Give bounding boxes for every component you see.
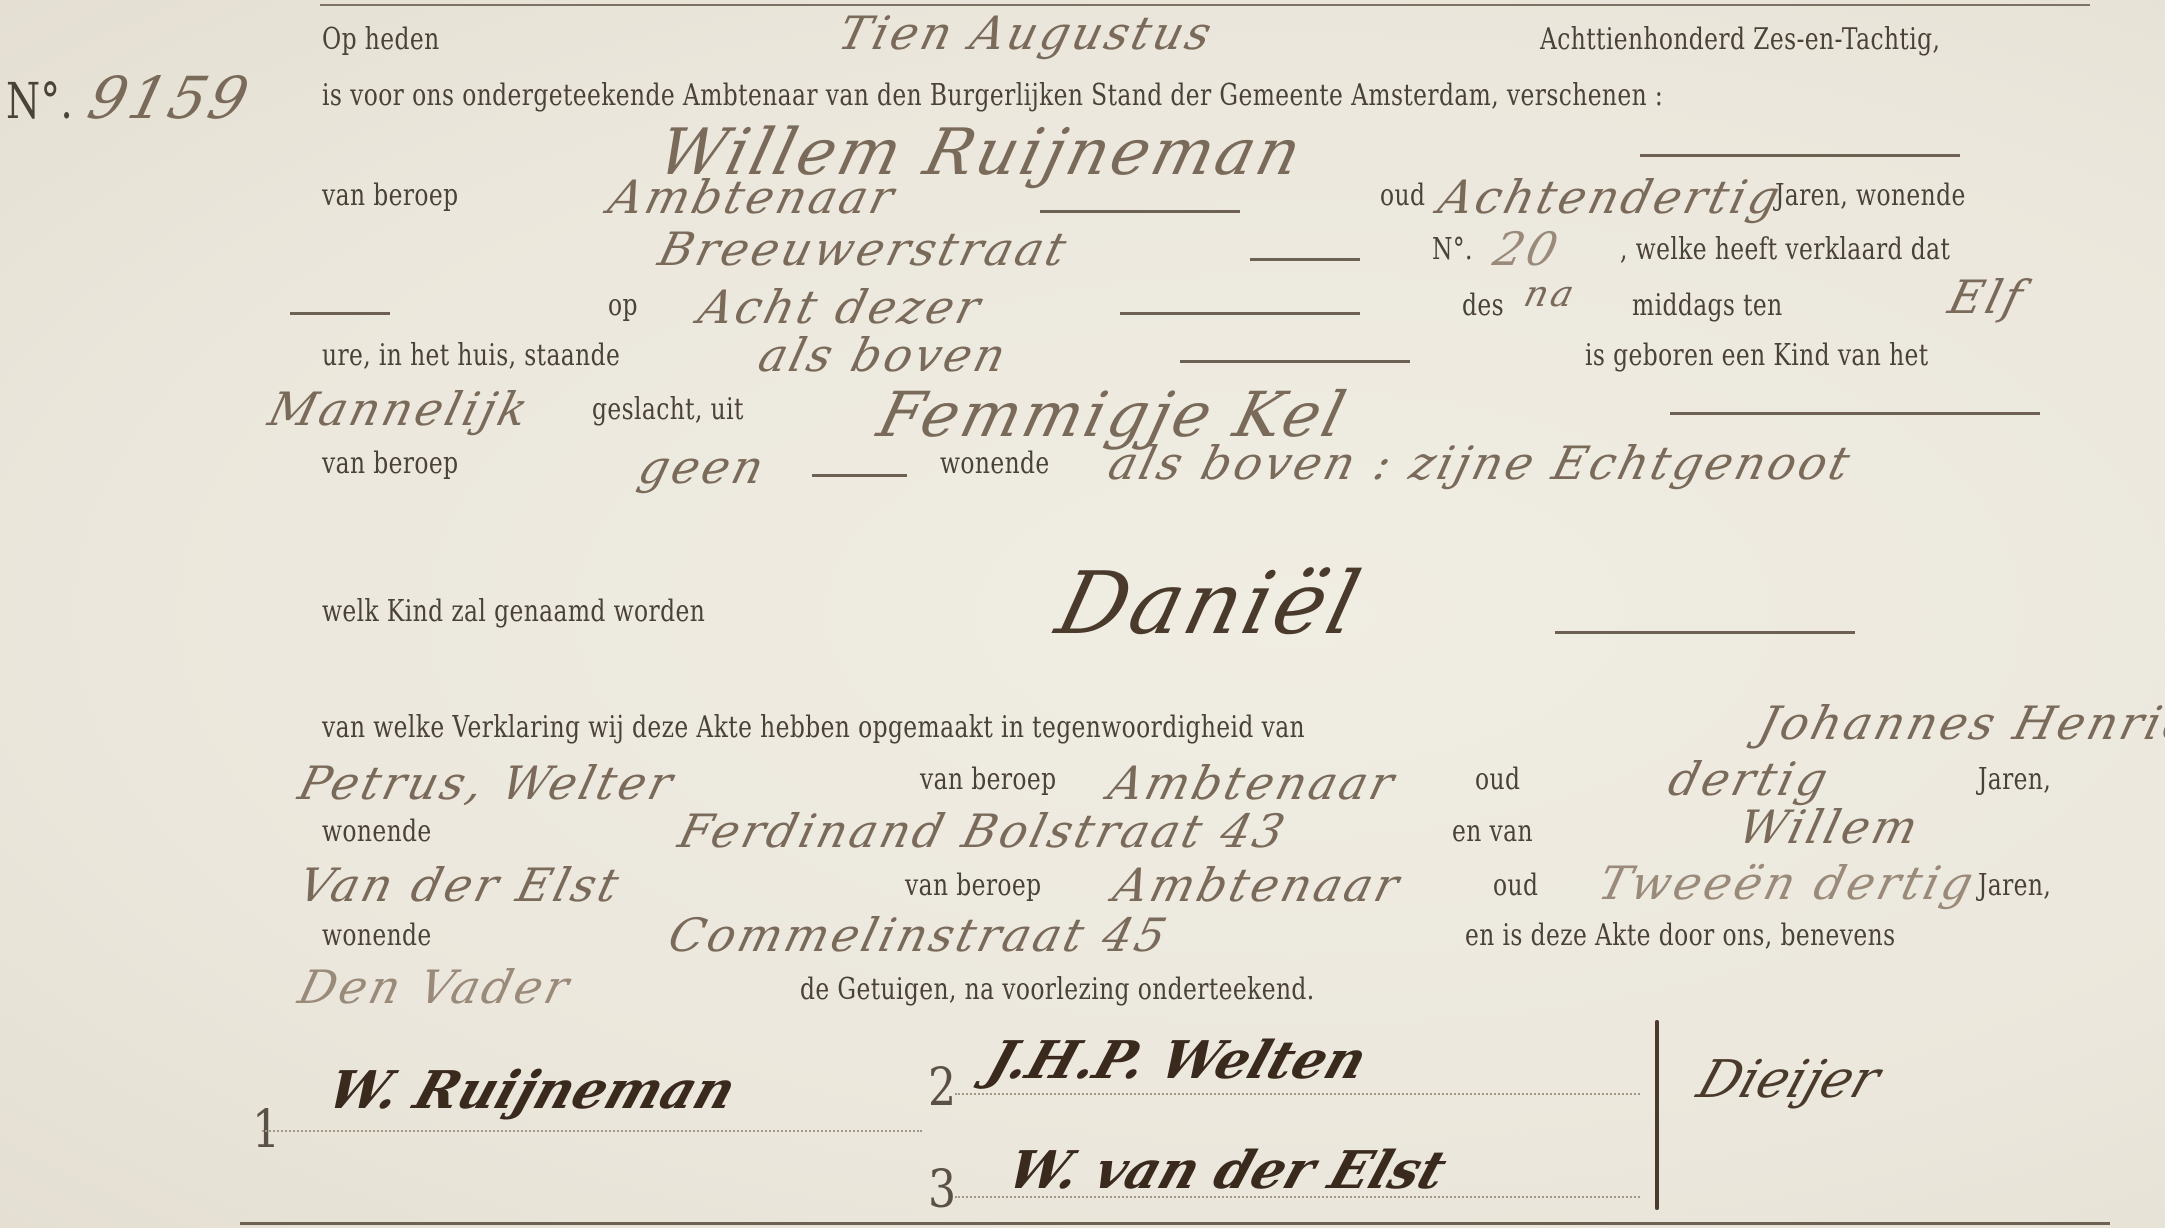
rule: [1555, 631, 1855, 634]
hand-witness1-residence: Ferdinand Bolstraat 43: [673, 804, 1293, 858]
print-intro: is voor ons ondergeteekende Ambtenaar va…: [322, 78, 1663, 113]
print-verklaring: van welke Verklaring wij deze Akte hebbe…: [322, 710, 1305, 745]
hand-mother-residence: als boven : zijne Echtgenoot: [1103, 436, 1858, 490]
print-oud-w2: oud: [1493, 868, 1538, 903]
birth-certificate-page: N°. 9159 Op heden Tien Augustus Achttien…: [0, 0, 2165, 1228]
hand-sex: Mannelijk: [263, 382, 536, 436]
rule: [1120, 312, 1360, 315]
rule: [1040, 210, 1240, 213]
signature-brace: [1655, 1020, 1659, 1210]
print-van-beroep-w2: van beroep: [905, 868, 1042, 903]
print-oud: oud: [1380, 178, 1425, 213]
hand-witness2-age: Tweeën dertig: [1593, 856, 1981, 910]
hand-day: Acht dezer: [693, 280, 988, 334]
hand-place: als boven: [753, 328, 1014, 382]
signature-witness2: W. van der Elst: [1000, 1140, 1454, 1201]
print-ure-huis: ure, in het huis, staande: [322, 338, 620, 373]
hand-witness1-occupation: Ambtenaar: [1103, 756, 1402, 810]
hand-date: Tien Augustus: [833, 6, 1220, 60]
print-verklaard: , welke heeft verklaard dat: [1620, 232, 1950, 267]
rule: [290, 312, 390, 315]
print-middags-ten: middags ten: [1632, 288, 1783, 323]
register-number: 9159: [82, 64, 259, 132]
rule: [1640, 154, 1960, 157]
hand-mother-occupation: geen: [633, 440, 772, 494]
print-van-beroep-w1: van beroep: [920, 762, 1057, 797]
rule: [1670, 412, 2040, 415]
print-des: des: [1462, 288, 1504, 323]
signature-line-1: [262, 1130, 922, 1132]
print-wonende-w2: wonende: [322, 918, 432, 953]
rule: [1180, 360, 1410, 363]
hand-street: Breeuwerstraat: [653, 222, 1074, 276]
print-op-heden: Op heden: [322, 22, 440, 57]
print-van-beroep: van beroep: [322, 178, 459, 213]
print-getuigen-onderteekend: de Getuigen, na voorlezing onderteekend.: [800, 972, 1315, 1007]
print-akte-door-ons: en is deze Akte door ons, benevens: [1465, 918, 1895, 953]
hand-witness1-firstnames: Johannes Henricus: [1753, 696, 2165, 750]
print-no: N°.: [1432, 232, 1473, 267]
signature-official: Dieijer: [1690, 1050, 1887, 1110]
print-genaamd: welk Kind zal genaamd worden: [322, 594, 705, 629]
print-en-van: en van: [1452, 814, 1533, 849]
hand-witness1-age: dertig: [1663, 752, 1836, 806]
print-wonende-w1: wonende: [322, 814, 432, 849]
print-jaren-w1: Jaren,: [1978, 762, 2051, 797]
hand-witness2-residence: Commelinstraat 45: [663, 908, 1174, 962]
print-jaren-wonende: Jaren, wonende: [1775, 178, 1966, 213]
rule: [812, 474, 907, 477]
signature-line-2: [955, 1093, 1640, 1095]
signature-declarant: W. Ruijneman: [320, 1060, 743, 1121]
print-year: Achttienhonderd Zes-en-Tachtig,: [1540, 22, 1940, 57]
signature-number-2: 2: [928, 1058, 956, 1118]
signature-witness1: J.H.P. Welten: [980, 1030, 1374, 1091]
signature-number-3: 3: [928, 1160, 956, 1220]
hand-witness2-firstname: Willem: [1733, 800, 1926, 854]
hand-ampm: na: [1520, 274, 1581, 315]
hand-hour: Elf: [1943, 270, 2031, 324]
hand-witness1-name: Petrus, Welter: [293, 756, 681, 810]
hand-house-number: 20: [1488, 222, 1566, 276]
print-oud-w1: oud: [1475, 762, 1520, 797]
hand-witness2-name: Van der Elst: [293, 858, 627, 912]
register-number-label: N°.: [6, 72, 73, 130]
hand-age: Achtendertig: [1433, 170, 1788, 224]
hand-witness2-occupation: Ambtenaar: [1108, 858, 1407, 912]
print-geboren: is geboren een Kind van het: [1585, 338, 1929, 373]
hand-child-name: Daniël: [1048, 554, 1372, 654]
print-wonende-mother: wonende: [940, 446, 1050, 481]
print-jaren-w2: Jaren,: [1978, 868, 2051, 903]
bottom-rule: [240, 1222, 2110, 1225]
print-van-beroep-mother: van beroep: [322, 446, 459, 481]
rule: [1250, 258, 1360, 261]
hand-occupation: Ambtenaar: [603, 170, 902, 224]
hand-declarant-role: Den Vader: [293, 960, 577, 1014]
print-op: op: [608, 288, 638, 323]
print-geslacht-uit: geslacht, uit: [592, 392, 744, 427]
